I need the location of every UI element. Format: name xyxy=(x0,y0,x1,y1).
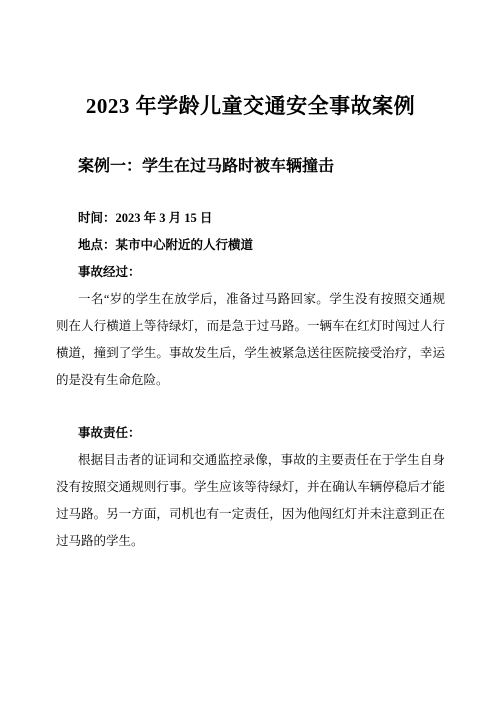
location-label: 地点： xyxy=(78,238,116,252)
location-line: 地点：某市中心附近的人行横道 xyxy=(56,232,445,259)
document-body: 时间：2023 年 3 月 15 日 地点：某市中心附近的人行横道 事故经过： … xyxy=(56,205,445,555)
document-title: 2023 年学龄儿童交通安全事故案例 xyxy=(56,92,445,120)
accident-process-paragraph: 一名“岁的学生在放学后，准备过马路回家。学生没有按照交通规则在人行横道上等待绿灯… xyxy=(56,286,445,394)
document-page: 2023 年学龄儿童交通安全事故案例 案例一：学生在过马路时被车辆撞击 时间：2… xyxy=(0,0,500,707)
time-line: 时间：2023 年 3 月 15 日 xyxy=(56,205,445,232)
location-value: 某市中心附近的人行横道 xyxy=(116,238,254,252)
time-label: 时间： xyxy=(78,211,116,225)
accident-responsibility-paragraph: 根据目击者的证词和交通监控录像，事故的主要责任在于学生自身没有按照交通规则行事。… xyxy=(56,447,445,555)
time-value: 2023 年 3 月 15 日 xyxy=(116,211,213,225)
section-heading-accident-responsibility: 事故责任： xyxy=(56,420,445,447)
case-heading: 案例一：学生在过马路时被车辆撞击 xyxy=(56,155,445,179)
section-heading-accident-process: 事故经过： xyxy=(56,259,445,286)
paragraph-spacer xyxy=(56,394,445,420)
